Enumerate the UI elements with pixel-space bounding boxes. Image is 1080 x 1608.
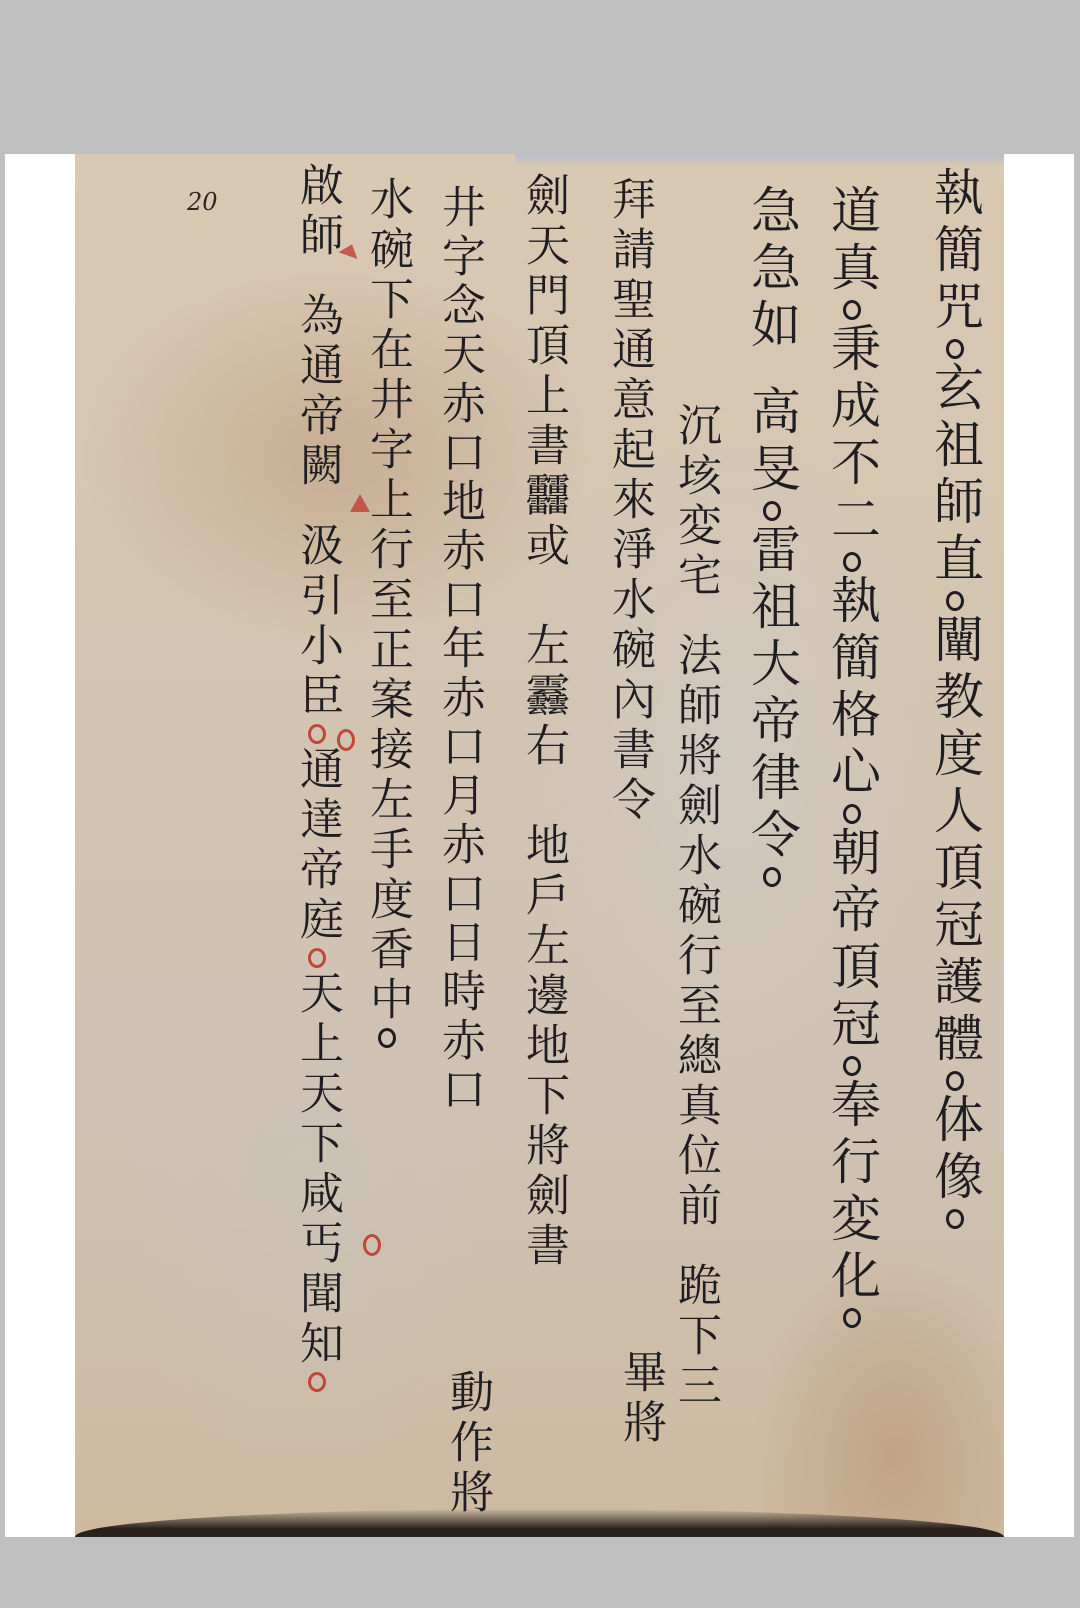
- text-column-5: 拜請聖通意起來淨水碗內書令: [607, 176, 651, 826]
- column-7-tail-text: 動作將: [435, 1369, 499, 1519]
- column-8-segment-1: 水碗下在井字上行至正案接左手度香中: [365, 176, 409, 1026]
- punctuation-circle-icon: [378, 1028, 396, 1048]
- red-circle-mark-icon: [363, 1234, 381, 1256]
- text-column-9: 啟師為通帝闕汲引小臣通達帝庭天上天下咸丐聞知: [295, 162, 339, 1394]
- punctuation-circle-icon: [843, 1056, 861, 1076]
- red-circle-mark-icon: [337, 729, 355, 751]
- punctuation-circle-icon: [763, 501, 781, 521]
- text-column-8: 水碗下在井字上行至正案接左手度香中: [365, 176, 409, 1050]
- punctuation-circle-icon: [843, 552, 861, 572]
- text-column-6: 劍天門頂上書䨻或𩇔左䨺右𩆵地戶左邊地下將劍書: [521, 172, 565, 1272]
- column-9-segment-5: 天上天下咸丐聞知: [295, 970, 339, 1370]
- red-circle-mark-icon: [308, 1372, 326, 1392]
- punctuation-circle-icon: [946, 591, 964, 611]
- punctuation-circle-icon: [946, 1209, 964, 1229]
- red-circle-mark-icon: [308, 724, 326, 744]
- column-3-segment-2: 高旻: [747, 385, 797, 499]
- punctuation-circle-icon: [843, 1308, 861, 1328]
- column-2-segment-1: 道真: [827, 184, 877, 298]
- column-9-segment-4: 通達帝庭: [295, 746, 339, 946]
- column-1-segment-2: 玄祖師直: [930, 361, 980, 589]
- column-2-segment-2: 秉成不二: [827, 322, 877, 550]
- punctuation-circle-icon: [843, 300, 861, 320]
- column-2-segment-5: 奉行変化: [827, 1078, 877, 1306]
- punctuation-circle-icon: [946, 339, 964, 359]
- page-number: 20: [187, 188, 218, 216]
- column-9-segment-2: 為通帝闕: [295, 292, 339, 492]
- column-1-segment-4: 体像: [930, 1093, 980, 1207]
- column-5-segment-1: 拜請聖通意起來淨水碗內書令: [607, 176, 651, 826]
- text-column-2: 道真秉成不二執簡格心朝帝頂冠奉行変化: [827, 184, 877, 1330]
- column-4-segment-1: 沉垓変宅: [673, 402, 717, 602]
- text-column-7: 井字念天赤口地赤口年赤口月赤口日時赤口: [437, 184, 481, 1115]
- punctuation-circle-icon: [763, 867, 781, 887]
- column-4-segment-2: 法師將劍水碗行至總真位前: [673, 632, 717, 1232]
- text-column-1: 執簡咒玄祖師直闡教度人頂冠護體体像: [930, 166, 980, 1231]
- punctuation-circle-icon: [843, 804, 861, 824]
- red-circle-mark-icon: [308, 948, 326, 968]
- column-2-segment-4: 朝帝頂冠: [827, 826, 877, 1054]
- column-9-segment-1: 啟師: [295, 162, 339, 262]
- column-3-segment-1: 急急如: [747, 184, 797, 355]
- column-4-segment-3: 跪下三: [673, 1262, 717, 1412]
- column-3-segment-3: 雷祖大帝律令: [747, 523, 797, 865]
- column-7-segment-1: 井字念天赤口地赤口年赤口月赤口日時赤口: [437, 184, 481, 1115]
- column-2-segment-3: 執簡格心: [827, 574, 877, 802]
- image-frame: 20 執簡咒玄祖師直闡教度人頂冠護體体像 道真秉成不二執簡格心朝帝頂冠奉行変化 …: [5, 154, 1074, 1537]
- punctuation-circle-icon: [946, 1071, 964, 1091]
- column-9-segment-3: 汲引小臣: [295, 522, 339, 722]
- manuscript-page: 20 執簡咒玄祖師直闡教度人頂冠護體体像 道真秉成不二執簡格心朝帝頂冠奉行変化 …: [75, 154, 1004, 1537]
- text-column-3: 急急如高旻雷祖大帝律令: [747, 184, 797, 889]
- column-6-segment-1: 劍天門頂上書䨻或𩇔左䨺右𩆵地戶左邊地下將劍書: [521, 172, 565, 1272]
- text-column-4: 沉垓変宅法師將劍水碗行至總真位前跪下三: [673, 402, 717, 1412]
- page-torn-edge: [515, 154, 1004, 166]
- column-5-tail-text: 畢將: [608, 1349, 672, 1449]
- column-1-segment-1: 執簡咒: [930, 166, 980, 337]
- red-triangle-mark-icon: [350, 494, 370, 512]
- column-1-segment-3: 闡教度人頂冠護體: [930, 613, 980, 1069]
